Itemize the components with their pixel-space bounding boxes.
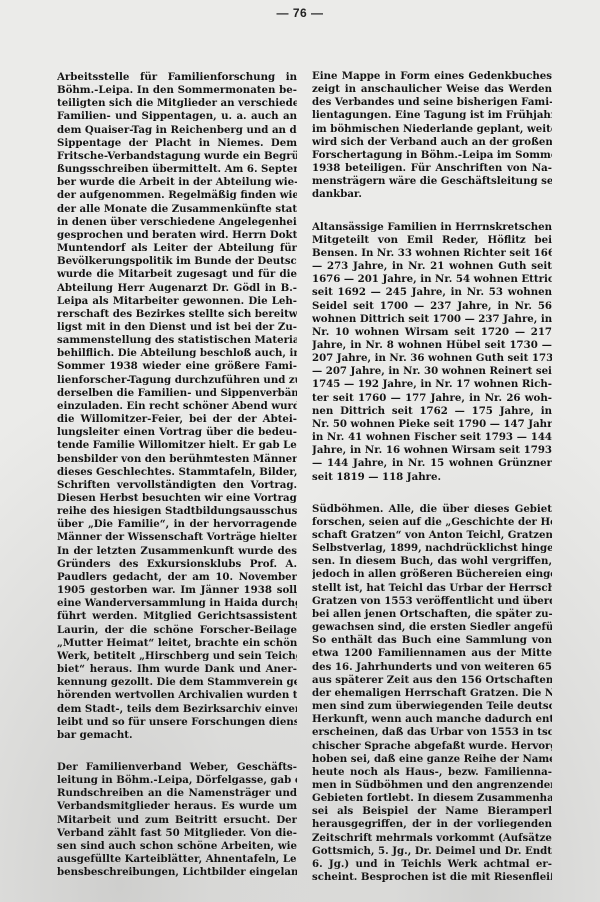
text-segment: lungsleiter einen Vortrag über die bedeu… [57, 426, 297, 438]
text-segment: Mitarbeit und zum Beitritt ersucht. Der [57, 814, 297, 826]
text-line: 1938 beteiligen. Für Anschriften von Na- [312, 162, 552, 175]
text-segment: — 144 Jahre, in Nr. 15 wohnen Grünzner [312, 457, 552, 469]
text-segment: erscheinen, daß das Urbar von 1553 in ts… [312, 726, 552, 738]
text-line: dem Stadt-, teils dem Bezirksarchiv einv… [57, 703, 297, 716]
text-line: des Verbandes und seine bisherigen Fami- [312, 96, 552, 109]
section-arbeitsstelle: Arbeitsstelle für Familienforschung inBö… [57, 71, 297, 742]
text-segment: 1745 — 192 Jahre, in Nr. 17 wohnen Rich- [312, 378, 552, 390]
text-segment: Nr. 50 wohnen Pieke seit 1790 — 147 Jahr… [312, 418, 552, 430]
text-line: erscheinen, daß das Urbar von 1553 in ts… [312, 726, 552, 739]
text-segment: So enthält das Buch eine Sammlung von [312, 634, 552, 646]
text-line: behilflich. Die Abteilung beschloß auch,… [57, 347, 297, 360]
text-line: reihe des hiesigen Stadtbildungsausschus… [57, 505, 297, 518]
text-segment: In den Sommermonaten be- [133, 84, 297, 96]
text-line: men sind zum überwiegenden Teile deutsch… [312, 700, 552, 713]
text-line: mensträgern wäre die Geschäftsleitung se… [312, 175, 552, 188]
text-segment: — 207 Jahre, in Nr. 30 wohnen Reinert se… [312, 365, 552, 377]
text-line: über „Die Familie“, in der hervorragende [57, 518, 297, 531]
text-line: Gebieten fortlebt. In diesem Zusammenhan… [312, 792, 552, 805]
text-line: derselben die Familien- und Sippenverbän… [57, 387, 297, 400]
text-line: Arbeitsstelle für Familienforschung in [57, 71, 297, 84]
text-line: Familien- und Sippentagen, u. a. auch an [57, 110, 297, 123]
section-heading: Der Familienverband Weber, Geschäfts- [57, 761, 297, 773]
text-line: Rundschreiben an die Namensträger und [57, 787, 297, 800]
text-line: Abteilung Herr Augenarzt Dr. Gödl in B.- [57, 282, 297, 295]
text-line: leitung in Böhm.-Leipa, Dörfelgasse, gab… [57, 774, 297, 787]
text-line: men in Südböhmen und den angrenzenden [312, 779, 552, 792]
text-line: rerschaft des Bezirkes stellte sich bere… [57, 308, 297, 321]
text-segment: zeigt in anschaulicher Weise das Werden [312, 83, 552, 95]
text-line: bar gemacht. [57, 729, 297, 742]
text-line: 1905 gestorben war. Im Jänner 1938 soll [57, 584, 297, 597]
text-segment: nen Dittrich seit 1762 — 175 Jahre, in [312, 405, 552, 417]
right-column: Eine Mappe in Form eines Gedenkbucheszei… [312, 70, 552, 884]
text-line: 207 Jahre, in Nr. 36 wohnen Guth seit 17… [312, 352, 552, 365]
document-page: — 76 — Arbeitsstelle für Familienforschu… [0, 0, 600, 902]
text-segment: Schriften vervollständigten den Vortrag. [57, 479, 297, 491]
text-segment: Diesen Herbst besuchten wir eine Vortrag… [57, 492, 297, 504]
section-suedboehmen: Südböhmen. Alle, die über dieses Gebietf… [312, 503, 552, 885]
page-number: — 76 — [0, 6, 600, 20]
text-segment: men sind zum überwiegenden Teile deutsch… [312, 700, 552, 712]
text-line: Muntendorf als Leiter der Abteilung für [57, 242, 297, 255]
text-line: Männer der Wissenschaft Vorträge hielten… [57, 531, 297, 544]
text-segment: Seidel seit 1700 — 237 Jahre, in Nr. 56 [312, 300, 552, 312]
text-segment: Gottsmich, 5. Jg., Dr. Deimel und Dr. En… [312, 845, 552, 857]
text-line: Mitarbeit und zum Beitritt ersucht. Der [57, 814, 297, 827]
text-line: So enthält das Buch eine Sammlung von [312, 634, 552, 647]
text-line: gewachsen sind, die ersten Siedler angef… [312, 621, 552, 634]
text-segment: tende Familie Willomitzer hielt. Er gab … [57, 439, 297, 451]
text-line: — 273 Jahre, in Nr. 21 wohnen Guth seit [312, 260, 552, 273]
text-segment: heute noch als Haus-, bezw. Familienna- [312, 766, 552, 778]
text-segment: Laurin, der die schöne Forscher-Beilage [57, 624, 297, 636]
text-line: kennung gezollt. Die dem Stammverein ge- [57, 676, 297, 689]
text-line: einzuladen. Ein recht schöner Abend wurd… [57, 400, 297, 413]
text-line: Gottsmich, 5. Jg., Dr. Deimel und Dr. En… [312, 845, 552, 858]
text-segment: kennung gezollt. Die dem Stammverein ge- [57, 676, 297, 688]
text-line: sammenstellung des statistischen Materia… [57, 334, 297, 347]
text-line: sen sind auch schon schöne Arbeiten, wie [57, 840, 297, 853]
text-line: Jahre, in Nr. 8 wohnen Hübel seit 1730 — [312, 339, 552, 352]
text-segment: gesprochen und beraten wird. Herrn Dokto… [57, 229, 297, 241]
text-segment: des 16. Jahrhunderts und von weiteren 65… [312, 661, 552, 673]
text-line: sei als Beispiel der Name Bieramperl [312, 805, 552, 818]
text-segment: Nr. 10 wohnen Wirsam seit 1720 — 217 [312, 326, 552, 338]
text-segment: Paudlers gedacht, der am 10. November [57, 571, 297, 583]
text-segment: forschen, seien auf die „Geschichte der … [312, 516, 552, 528]
text-line: nen Dittrich seit 1762 — 175 Jahre, in [312, 405, 552, 418]
text-line: Altansässige Familien in Herrnskretschen… [312, 221, 552, 234]
text-segment: ter seit 1760 — 177 Jahre, in Nr. 26 woh… [312, 392, 552, 404]
text-segment: dankbar. [312, 188, 362, 200]
text-segment: lienforscher-Tagung durchzuführen und zu [57, 374, 297, 386]
text-line: lientagungen. Eine Tagung ist im Frühjah… [312, 109, 552, 122]
text-segment: Muntendorf als Leiter der Abteilung für [57, 242, 297, 254]
text-segment: Jahre, in Nr. 16 wohnen Wirsam seit 1793 [312, 444, 552, 456]
text-line: Bensen. In Nr. 33 wohnen Richter seit 16… [312, 247, 552, 260]
text-segment: Verband zählt fast 50 Mitglieder. Von di… [57, 827, 297, 839]
text-line: Schriften vervollständigten den Vortrag. [57, 479, 297, 492]
text-segment: 1676 — 201 Jahre, in Nr. 54 wohnen Ettri… [312, 273, 552, 285]
text-segment: derselben die Familien- und Sippenverbän… [57, 387, 297, 399]
text-line: dankbar. [312, 188, 552, 201]
text-line: Gründers des Exkursionsklubs Prof. A. [57, 558, 297, 571]
text-line: aus späterer Zeit aus den 156 Ortschafte… [312, 674, 552, 687]
text-line: bei allen jenen Ortschaften, die später … [312, 608, 552, 621]
text-line: bensbilder von den berühmtesten Männern [57, 453, 297, 466]
text-segment: Selbstverlag, 1899, nachdrücklichst hing… [312, 542, 552, 554]
text-segment: — 273 Jahre, in Nr. 21 wohnen Guth seit [312, 260, 552, 272]
section-familienverband-weber: Der Familienverband Weber, Geschäfts-lei… [57, 761, 297, 879]
text-line: ligst mit in den Dienst und ist bei der … [57, 321, 297, 334]
text-line: der alle Monate die Zusammenkünfte statt… [57, 203, 297, 216]
text-segment: des Verbandes und seine bisherigen Fami- [312, 96, 552, 108]
text-segment: sen sind auch schon schöne Arbeiten, wie [57, 840, 297, 852]
text-line: Diesen Herbst besuchten wir eine Vortrag… [57, 492, 297, 505]
text-line: 1676 — 201 Jahre, in Nr. 54 wohnen Ettri… [312, 273, 552, 286]
text-line: 1745 — 192 Jahre, in Nr. 17 wohnen Rich- [312, 378, 552, 391]
text-segment: Jahre, in Nr. 8 wohnen Hübel seit 1730 — [312, 339, 552, 351]
text-segment: 1938 beteiligen. Für Anschriften von Na- [312, 162, 552, 174]
text-segment: führt werden. Mitglied Gerichtsassistent [57, 610, 297, 622]
text-segment: der ehemaligen Herrschaft Gratzen. Die N… [312, 687, 552, 699]
text-segment: der alle Monate die Zusammenkünfte statt… [57, 203, 297, 215]
text-segment: 6. Jg.) und in Teichls Werk achtmal er- [312, 858, 552, 870]
text-line: lienforscher-Tagung durchzuführen und zu [57, 374, 297, 387]
text-segment: jedoch in allen größeren Büchereien eing… [312, 568, 552, 580]
text-line: seit 1819 — 118 Jahre. [312, 471, 552, 484]
text-segment: Rundschreiben an die Namensträger und [57, 787, 297, 799]
text-line: der aufgenommen. Regelmäßig finden wie- [57, 189, 297, 202]
text-segment: behilflich. Die Abteilung beschloß auch,… [57, 347, 297, 359]
section-heading: Südböhmen. Alle, die über dieses Gebiet [312, 503, 552, 515]
text-line: etwa 1200 Familiennamen aus der Mitte [312, 647, 552, 660]
text-segment: Gebieten fortlebt. In diesem Zusammenhan… [312, 792, 552, 804]
text-segment: sammenstellung des statistischen Materia… [57, 334, 297, 346]
text-segment: Männer der Wissenschaft Vorträge hielten… [57, 531, 297, 543]
text-segment: mensträgern wäre die Geschäftsleitung se… [312, 175, 552, 187]
text-segment: Sippentage der Placht in Niemes. Dem [57, 137, 297, 149]
text-segment: biet“ heraus. Ihm wurde Dank und Aner- [57, 663, 297, 675]
text-segment: Böhm.-Leipa. [57, 84, 133, 96]
text-line: 6. Jg.) und in Teichls Werk achtmal er- [312, 858, 552, 871]
text-segment: hörenden wertvollen Archivalien wurden t… [57, 689, 297, 701]
text-segment: stellt ist, hat Teichl das Urbar der Her… [312, 582, 552, 594]
text-line: in Nr. 41 wohnen Fischer seit 1793 — 144 [312, 431, 552, 444]
text-segment: Abteilung Herr Augenarzt Dr. Gödl in B.- [57, 282, 297, 294]
section-altansaessige-familien: Altansässige Familien in Herrnskretschen… [312, 221, 552, 484]
text-segment: reihe des hiesigen Stadtbildungsausschus… [57, 505, 297, 517]
text-segment: sei als Beispiel der Name Bieramperl [312, 805, 552, 817]
text-line: „Mutter Heimat“ leitet, brachte ein schö… [57, 637, 297, 650]
text-segment: seit 1692 — 245 Jahre, in Nr. 53 wohnen [312, 286, 552, 298]
text-line: — 207 Jahre, in Nr. 30 wohnen Reinert se… [312, 365, 552, 378]
text-segment: chischer Sprache abgefaßt wurde. Hervorg… [312, 740, 552, 752]
text-line: jedoch in allen größeren Büchereien eing… [312, 568, 552, 581]
text-line: ausgefüllte Karteiblätter, Ahnentafeln, … [57, 853, 297, 866]
text-line: Böhm.-Leipa. In den Sommermonaten be- [57, 84, 297, 97]
text-segment: bensbeschreibungen, Lichtbilder eingelan… [57, 866, 297, 878]
text-line: Leipa als Mitarbeiter gewonnen. Die Leh- [57, 295, 297, 308]
text-line: dieses Geschlechtes. Stammtafeln, Bilder… [57, 466, 297, 479]
text-segment: seit 1819 — 118 Jahre. [312, 471, 441, 483]
section-heading: Altansässige Familien in Herrnskretschen… [312, 221, 552, 233]
text-segment: Bensen. In Nr. 33 wohnen Richter seit 16… [312, 247, 552, 259]
text-segment: Bevölkerungspolitik im Bunde der Deutsch… [57, 255, 297, 267]
text-line: heute noch als Haus-, bezw. Familienna- [312, 766, 552, 779]
text-segment: im böhmischen Niederlande geplant, weite… [312, 123, 552, 135]
text-segment: in denen über verschiedene Angelegenheit… [57, 216, 297, 228]
text-segment: ßungsschreiben übermittelt. Am 6. Septem… [57, 163, 297, 175]
text-segment: herausgegriffen, der in der vorliegenden [312, 818, 552, 830]
text-line: eine Wanderversammlung in Haida durchge- [57, 597, 297, 610]
text-segment: scheint. Besprochen ist die mit Riesenfl… [312, 871, 552, 883]
text-line: Bevölkerungspolitik im Bunde der Deutsch… [57, 255, 297, 268]
text-segment: in [275, 71, 297, 83]
text-line: leibt und so für unsere Forschungen dien… [57, 716, 297, 729]
text-segment: rerschaft des Bezirkes stellte sich bere… [57, 308, 297, 320]
text-line: herausgegriffen, der in der vorliegenden [312, 818, 552, 831]
text-segment: bensbilder von den berühmtesten Männern [57, 453, 297, 465]
text-line: Der Familienverband Weber, Geschäfts- [57, 761, 297, 774]
text-line: in denen über verschiedene Angelegenheit… [57, 216, 297, 229]
text-segment: 1905 gestorben war. Im Jänner 1938 soll [57, 584, 297, 596]
text-line: ter seit 1760 — 177 Jahre, in Nr. 26 woh… [312, 392, 552, 405]
text-segment: Herkunft, wenn auch manche dadurch entst… [312, 713, 552, 725]
text-segment: Mitgeteilt von Emil Reder, Höflitz bei [312, 234, 552, 246]
text-segment: Leipa als Mitarbeiter gewonnen. Die Leh- [57, 295, 297, 307]
text-line: Eine Mappe in Form eines Gedenkbuches [312, 70, 552, 83]
text-segment: lientagungen. Eine Tagung ist im Frühjah… [312, 109, 552, 121]
text-segment: Eine Mappe in Form eines Gedenkbuches [312, 70, 552, 82]
text-line: wurde die Mitarbeit zugesagt und für die [57, 268, 297, 281]
text-segment: bar gemacht. [57, 729, 133, 741]
text-segment: dieses Geschlechtes. Stammtafeln, Bilder… [57, 466, 297, 478]
text-segment: Fritsche-Verbandstagung wurde ein Begrü- [57, 150, 297, 162]
text-line: dem Quaiser-Tag in Reichenberg und an de… [57, 124, 297, 137]
text-segment: leibt und so für unsere Forschungen dien… [57, 716, 297, 728]
text-line: Südböhmen. Alle, die über dieses Gebiet [312, 503, 552, 516]
text-line: hoben sei, daß eine ganze Reihe der Name… [312, 753, 552, 766]
text-segment: hoben sei, daß eine ganze Reihe der Name… [312, 753, 552, 765]
text-line: führt werden. Mitglied Gerichtsassistent [57, 610, 297, 623]
text-segment: Forschertagung in Böhm.-Leipa im Sommer [312, 149, 552, 161]
text-line: tende Familie Willomitzer hielt. Er gab … [57, 439, 297, 452]
text-segment: leitung in Böhm.-Leipa, Dörfelgasse, gab… [57, 774, 297, 786]
text-segment: wurde die Mitarbeit zugesagt und für die [57, 268, 297, 280]
text-line: — 144 Jahre, in Nr. 15 wohnen Grünzner [312, 457, 552, 470]
text-segment: dem Stadt-, teils dem Bezirksarchiv einv… [57, 703, 297, 715]
text-segment: ausgefüllte Karteiblätter, Ahnentafeln, … [57, 853, 297, 865]
text-segment: Werk, betitelt „Hirschberg und sein Teic… [57, 650, 297, 662]
text-line: scheint. Besprochen ist die mit Riesenfl… [312, 871, 552, 884]
text-segment: Familien- und Sippentagen, u. a. auch an [57, 110, 297, 122]
text-segment: ber wurde die Arbeit in der Abteilung wi… [57, 176, 297, 188]
section-heading: Arbeitsstelle für Familienforschung [57, 71, 275, 83]
text-line: wird sich der Verband auch an der großen [312, 136, 552, 149]
text-line: des 16. Jahrhunderts und von weiteren 65… [312, 661, 552, 674]
text-segment: Gründers des Exkursionsklubs Prof. A. [57, 558, 297, 570]
text-line: teiligten sich die Mitglieder an verschi… [57, 97, 297, 110]
text-line: seit 1692 — 245 Jahre, in Nr. 53 wohnen [312, 286, 552, 299]
text-line: Nr. 50 wohnen Pieke seit 1790 — 147 Jahr… [312, 418, 552, 431]
text-segment: der aufgenommen. Regelmäßig finden wie- [57, 189, 297, 201]
text-line: Fritsche-Verbandstagung wurde ein Begrü- [57, 150, 297, 163]
left-column: Arbeitsstelle für Familienforschung inBö… [57, 71, 297, 879]
text-line: lungsleiter einen Vortrag über die bedeu… [57, 426, 297, 439]
text-line: biet“ heraus. Ihm wurde Dank und Aner- [57, 663, 297, 676]
text-line: ber wurde die Arbeit in der Abteilung wi… [57, 176, 297, 189]
text-line: Forschertagung in Böhm.-Leipa im Sommer [312, 149, 552, 162]
text-line: im böhmischen Niederlande geplant, weite… [312, 123, 552, 136]
text-line: In der letzten Zusammenkunft wurde des [57, 545, 297, 558]
section-weber-continued: Eine Mappe in Form eines Gedenkbucheszei… [312, 70, 552, 202]
text-segment: Sommer 1938 wieder eine größere Fami- [57, 360, 297, 372]
text-segment: men in Südböhmen und den angrenzenden [312, 779, 552, 791]
text-segment: einzuladen. Ein recht schöner Abend wurd… [57, 400, 297, 412]
text-segment: bei allen jenen Ortschaften, die später … [312, 608, 552, 620]
text-segment: in Nr. 41 wohnen Fischer seit 1793 — 144 [312, 431, 552, 443]
text-line: schaft Gratzen“ von Anton Teichl, Gratze… [312, 529, 552, 542]
text-line: Seidel seit 1700 — 237 Jahre, in Nr. 56 [312, 300, 552, 313]
text-segment: die Willomitzer-Feier, bei der der Abtei… [57, 413, 297, 425]
text-line: bensbeschreibungen, Lichtbilder eingelan… [57, 866, 297, 879]
text-segment: dem Quaiser-Tag in Reichenberg und an de… [57, 124, 297, 136]
text-line: chischer Sprache abgefaßt wurde. Hervorg… [312, 740, 552, 753]
text-line: Werk, betitelt „Hirschberg und sein Teic… [57, 650, 297, 663]
text-line: Nr. 10 wohnen Wirsam seit 1720 — 217 [312, 326, 552, 339]
text-line: Zeitschrift mehrmals vorkommt (Aufsätze … [312, 832, 552, 845]
text-line: Laurin, der die schöne Forscher-Beilage [57, 624, 297, 637]
text-segment: sen. In diesem Buch, das wohl vergriffen… [312, 555, 552, 567]
text-line: zeigt in anschaulicher Weise das Werden [312, 83, 552, 96]
text-line: Verbandsmitglieder heraus. Es wurde um [57, 800, 297, 813]
text-segment: Zeitschrift mehrmals vorkommt (Aufsätze … [312, 832, 552, 844]
text-segment: 207 Jahre, in Nr. 36 wohnen Guth seit 17… [312, 352, 552, 364]
text-line: Paudlers gedacht, der am 10. November [57, 571, 297, 584]
text-line: Sippentage der Placht in Niemes. Dem [57, 137, 297, 150]
text-line: Mitgeteilt von Emil Reder, Höflitz bei [312, 234, 552, 247]
text-segment: „Mutter Heimat“ leitet, brachte ein schö… [57, 637, 297, 649]
text-segment: Gratzen von 1553 veröffentlicht und über… [312, 595, 552, 607]
text-line: Jahre, in Nr. 16 wohnen Wirsam seit 1793 [312, 444, 552, 457]
text-line: der ehemaligen Herrschaft Gratzen. Die N… [312, 687, 552, 700]
text-line: hörenden wertvollen Archivalien wurden t… [57, 689, 297, 702]
text-segment: Verbandsmitglieder heraus. Es wurde um [57, 800, 297, 812]
text-line: forschen, seien auf die „Geschichte der … [312, 516, 552, 529]
text-line: die Willomitzer-Feier, bei der der Abtei… [57, 413, 297, 426]
text-segment: gewachsen sind, die ersten Siedler angef… [312, 621, 552, 633]
text-line: Gratzen von 1553 veröffentlicht und über… [312, 595, 552, 608]
text-line: Verband zählt fast 50 Mitglieder. Von di… [57, 827, 297, 840]
text-line: gesprochen und beraten wird. Herrn Dokto… [57, 229, 297, 242]
text-segment: schaft Gratzen“ von Anton Teichl, Gratze… [312, 529, 552, 541]
text-segment: ligst mit in den Dienst und ist bei der … [57, 321, 297, 333]
text-segment: eine Wanderversammlung in Haida durchge- [57, 597, 297, 609]
text-segment: wohnen Dittrich seit 1700 — 237 Jahre, i… [312, 313, 552, 325]
text-line: wohnen Dittrich seit 1700 — 237 Jahre, i… [312, 313, 552, 326]
text-line: Selbstverlag, 1899, nachdrücklichst hing… [312, 542, 552, 555]
text-segment: teiligten sich die Mitglieder an verschi… [57, 97, 297, 109]
text-segment: über „Die Familie“, in der hervorragende [57, 518, 297, 530]
text-segment: wird sich der Verband auch an der großen [312, 136, 552, 148]
text-line: stellt ist, hat Teichl das Urbar der Her… [312, 582, 552, 595]
text-segment: aus späterer Zeit aus den 156 Ortschafte… [312, 674, 552, 686]
text-line: Herkunft, wenn auch manche dadurch entst… [312, 713, 552, 726]
text-segment: etwa 1200 Familiennamen aus der Mitte [312, 647, 552, 659]
text-segment: In der letzten Zusammenkunft wurde des [57, 545, 297, 557]
text-line: ßungsschreiben übermittelt. Am 6. Septem… [57, 163, 297, 176]
text-line: sen. In diesem Buch, das wohl vergriffen… [312, 555, 552, 568]
text-line: Sommer 1938 wieder eine größere Fami- [57, 360, 297, 373]
